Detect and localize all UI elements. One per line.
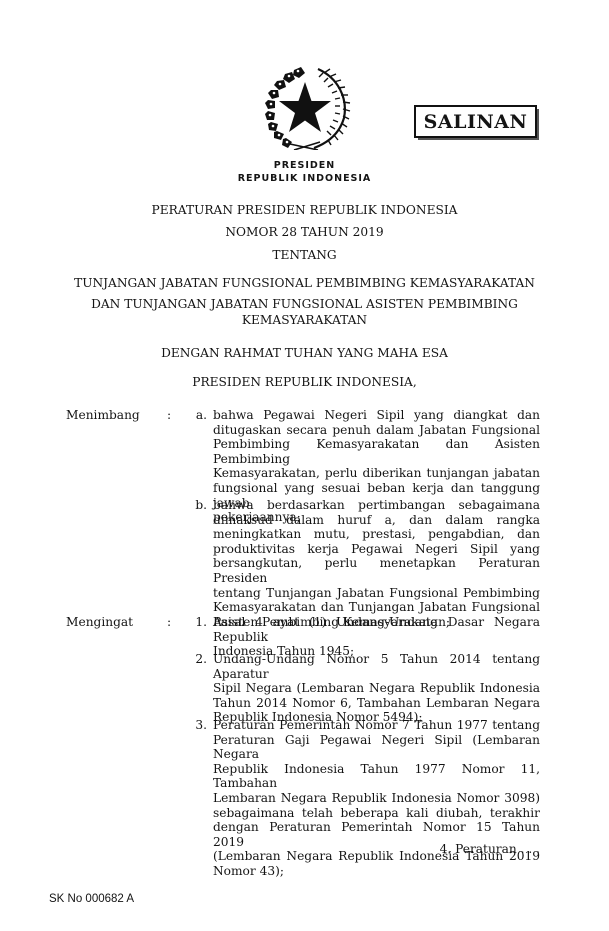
text-line: Kemasyarakatan, perlu diberikan tunjanga… [213, 466, 540, 481]
document-serial-number: SK No 000682 A [49, 893, 134, 905]
text-line: Peraturan Pemerintah Nomor 7 Tahun 1977 … [213, 718, 540, 733]
text-line: Kemasyarakatan dan Tunjangan Jabatan Fun… [213, 600, 540, 615]
regulation-subject-line-1: TUNJANGAN JABATAN FUNGSIONAL PEMBIMBING … [0, 276, 609, 290]
continuation-marker: 4. Peraturan . . . [440, 842, 540, 856]
text-line: bersangkutan, perlu menetapkan Peraturan… [213, 556, 540, 585]
text-line: ditugaskan secara penuh dalam Jabatan Fu… [213, 423, 540, 438]
text-line: Nomor 43); [213, 864, 540, 879]
text-line: meningkatkan mutu, prestasi, pengabdian,… [213, 527, 540, 542]
mengingat-item-marker: 1. [187, 615, 207, 629]
regulation-subject-line-3: KEMASYARAKATAN [0, 313, 609, 327]
garuda-emblem-star-icon [254, 64, 356, 150]
menimbang-colon: : [167, 408, 171, 422]
institution-line-2: REPUBLIK INDONESIA [0, 173, 609, 184]
menimbang-item-b: bahwa berdasarkan pertimbangan sebagaima… [213, 498, 540, 629]
regulation-tentang: TENTANG [0, 248, 609, 262]
menimbang-item-marker: a. [187, 408, 207, 422]
text-line: Peraturan Gaji Pegawai Negeri Sipil (Lem… [213, 733, 540, 762]
document-page: SALINAN PRESIDEN REPUBLIK INDONESIA PERA… [0, 0, 609, 931]
issuer: PRESIDEN REPUBLIK INDONESIA, [0, 375, 609, 389]
mengingat-colon: : [167, 615, 171, 629]
invocation: DENGAN RAHMAT TUHAN YANG MAHA ESA [0, 346, 609, 360]
text-line: Pasal 4 ayat (1) Undang-Undang Dasar Neg… [213, 615, 540, 644]
text-line: Lembaran Negara Republik Indonesia Nomor… [213, 791, 540, 806]
mengingat-item-marker: 3. [187, 718, 207, 732]
menimbang-label: Menimbang [66, 408, 140, 422]
regulation-title: PERATURAN PRESIDEN REPUBLIK INDONESIA [0, 203, 609, 217]
mengingat-item-marker: 2. [187, 652, 207, 666]
text-line: bahwa Pegawai Negeri Sipil yang diangkat… [213, 408, 540, 423]
text-line: bahwa berdasarkan pertimbangan sebagaima… [213, 498, 540, 513]
text-line: Pembimbing Kemasyarakatan dan Asisten Pe… [213, 437, 540, 466]
menimbang-item-marker: b. [187, 498, 207, 512]
text-line: Undang-Undang Nomor 5 Tahun 2014 tentang… [213, 652, 540, 681]
text-line: Republik Indonesia Tahun 1977 Nomor 11, … [213, 762, 540, 791]
text-line: tentang Tunjangan Jabatan Fungsional Pem… [213, 586, 540, 601]
mengingat-label: Mengingat [66, 615, 133, 629]
text-line: sebagaimana telah beberapa kali diubah, … [213, 806, 540, 821]
text-line: dimaksud dalam huruf a, dan dalam rangka [213, 513, 540, 528]
mengingat-item-2: Undang-Undang Nomor 5 Tahun 2014 tentang… [213, 652, 540, 725]
text-line: Sipil Negara (Lembaran Negara Republik I… [213, 681, 540, 696]
regulation-subject-line-2: DAN TUNJANGAN JABATAN FUNGSIONAL ASISTEN… [0, 297, 609, 311]
salinan-stamp: SALINAN [414, 105, 537, 138]
text-line: Tahun 2014 Nomor 6, Tambahan Lembaran Ne… [213, 696, 540, 711]
regulation-number: NOMOR 28 TAHUN 2019 [0, 225, 609, 239]
text-line: produktivitas kerja Pegawai Negeri Sipil… [213, 542, 540, 557]
institution-line-1: PRESIDEN [0, 160, 609, 171]
